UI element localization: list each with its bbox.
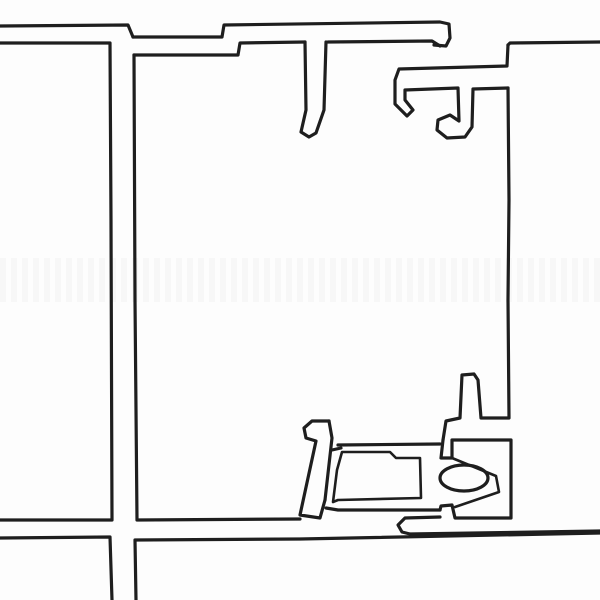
diagram-canvas: Aluminum window frame profile cross-sect…: [0, 0, 600, 600]
sash-right: Right sash wall: [443, 88, 509, 440]
gasket-chamber: Gasket chamber: [333, 452, 421, 502]
profile-drawing: T-mullion profile Top hook flange Top cl…: [0, 0, 600, 600]
top-clip: Top clip / hook: [395, 42, 600, 138]
oval-seal: Oval seal: [440, 465, 488, 491]
seal-housing: [398, 440, 511, 534]
top-flange: Top hook flange: [133, 22, 450, 137]
